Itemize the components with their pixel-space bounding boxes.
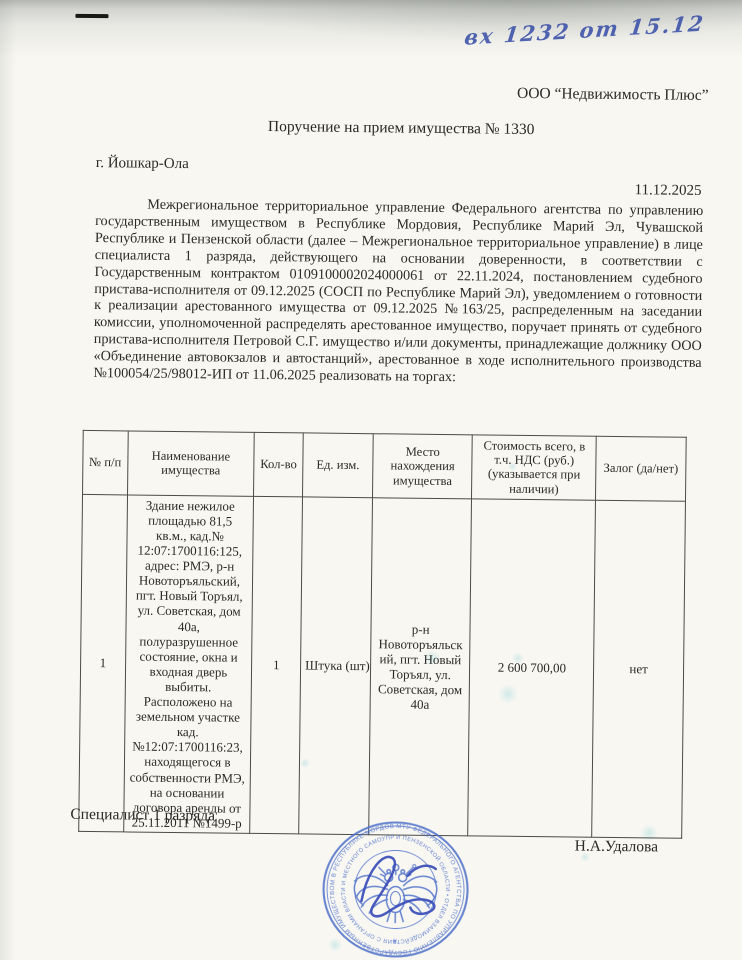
property-table-header: № п/п Наименование имущества Кол-во Ед. … bbox=[83, 430, 687, 501]
table-row: 1 Здание нежилое площадью 81,5 кв.м., ка… bbox=[79, 494, 686, 838]
col-header-name: Наименование имущества bbox=[127, 431, 254, 496]
property-table-body: 1 Здание нежилое площадью 81,5 кв.м., ка… bbox=[79, 494, 686, 838]
stamp-bottom-mark: ✳ bbox=[392, 937, 398, 945]
col-header-pledge: Залог (да/нет) bbox=[596, 436, 687, 501]
col-header-unit: Ед. изм. bbox=[303, 433, 374, 498]
table-header-row: № п/п Наименование имущества Кол-во Ед. … bbox=[83, 430, 687, 501]
col-header-location: Место нахождения имущества bbox=[373, 434, 473, 499]
official-stamp: МТУ ФЕДЕРАЛЬНОГО АГЕНТСТВА ПО УПРАВЛЕНИЮ… bbox=[309, 813, 483, 960]
document-title: Поручение на прием имущества № 1330 bbox=[97, 116, 705, 141]
cell-number: 1 bbox=[79, 494, 127, 832]
cell-price: 2 600 700,00 bbox=[468, 499, 595, 837]
recipient-company-name: ООО “Недвижимость Плюс” bbox=[517, 85, 709, 105]
scanned-document-page: вх 1232 от 15.12 ООО “Недвижимость Плюс”… bbox=[0, 0, 742, 960]
signer-position: Специалист 1 разряда bbox=[70, 806, 215, 826]
cell-location: р-н Новоторъяльский, пгт. Новый Торъял, … bbox=[369, 498, 472, 836]
document-content: вх 1232 от 15.12 ООО “Недвижимость Плюс”… bbox=[0, 0, 742, 960]
signer-name: Н.А.Удалова bbox=[575, 838, 659, 857]
col-header-number: № п/п bbox=[83, 430, 128, 494]
cell-name: Здание нежилое площадью 81,5 кв.м., кад.… bbox=[123, 495, 253, 833]
col-header-quantity: Кол-во bbox=[254, 432, 304, 496]
document-date: 11.12.2025 bbox=[634, 182, 701, 200]
col-header-price: Стоимость всего, в т.ч. НДС (руб.) (указ… bbox=[472, 435, 596, 500]
scan-artifact-dash bbox=[75, 14, 108, 18]
document-city: г. Йошкар-Ола bbox=[96, 155, 189, 173]
cell-pledge: нет bbox=[592, 500, 686, 838]
order-body-paragraph: Межрегиональное территориальное управлен… bbox=[93, 196, 703, 389]
cell-quantity: 1 bbox=[250, 496, 303, 834]
property-table: № п/п Наименование имущества Кол-во Ед. … bbox=[78, 430, 687, 839]
cell-unit: Штука (шт) bbox=[299, 497, 373, 835]
handwritten-registration-note: вх 1232 от 15.12 bbox=[463, 10, 706, 49]
